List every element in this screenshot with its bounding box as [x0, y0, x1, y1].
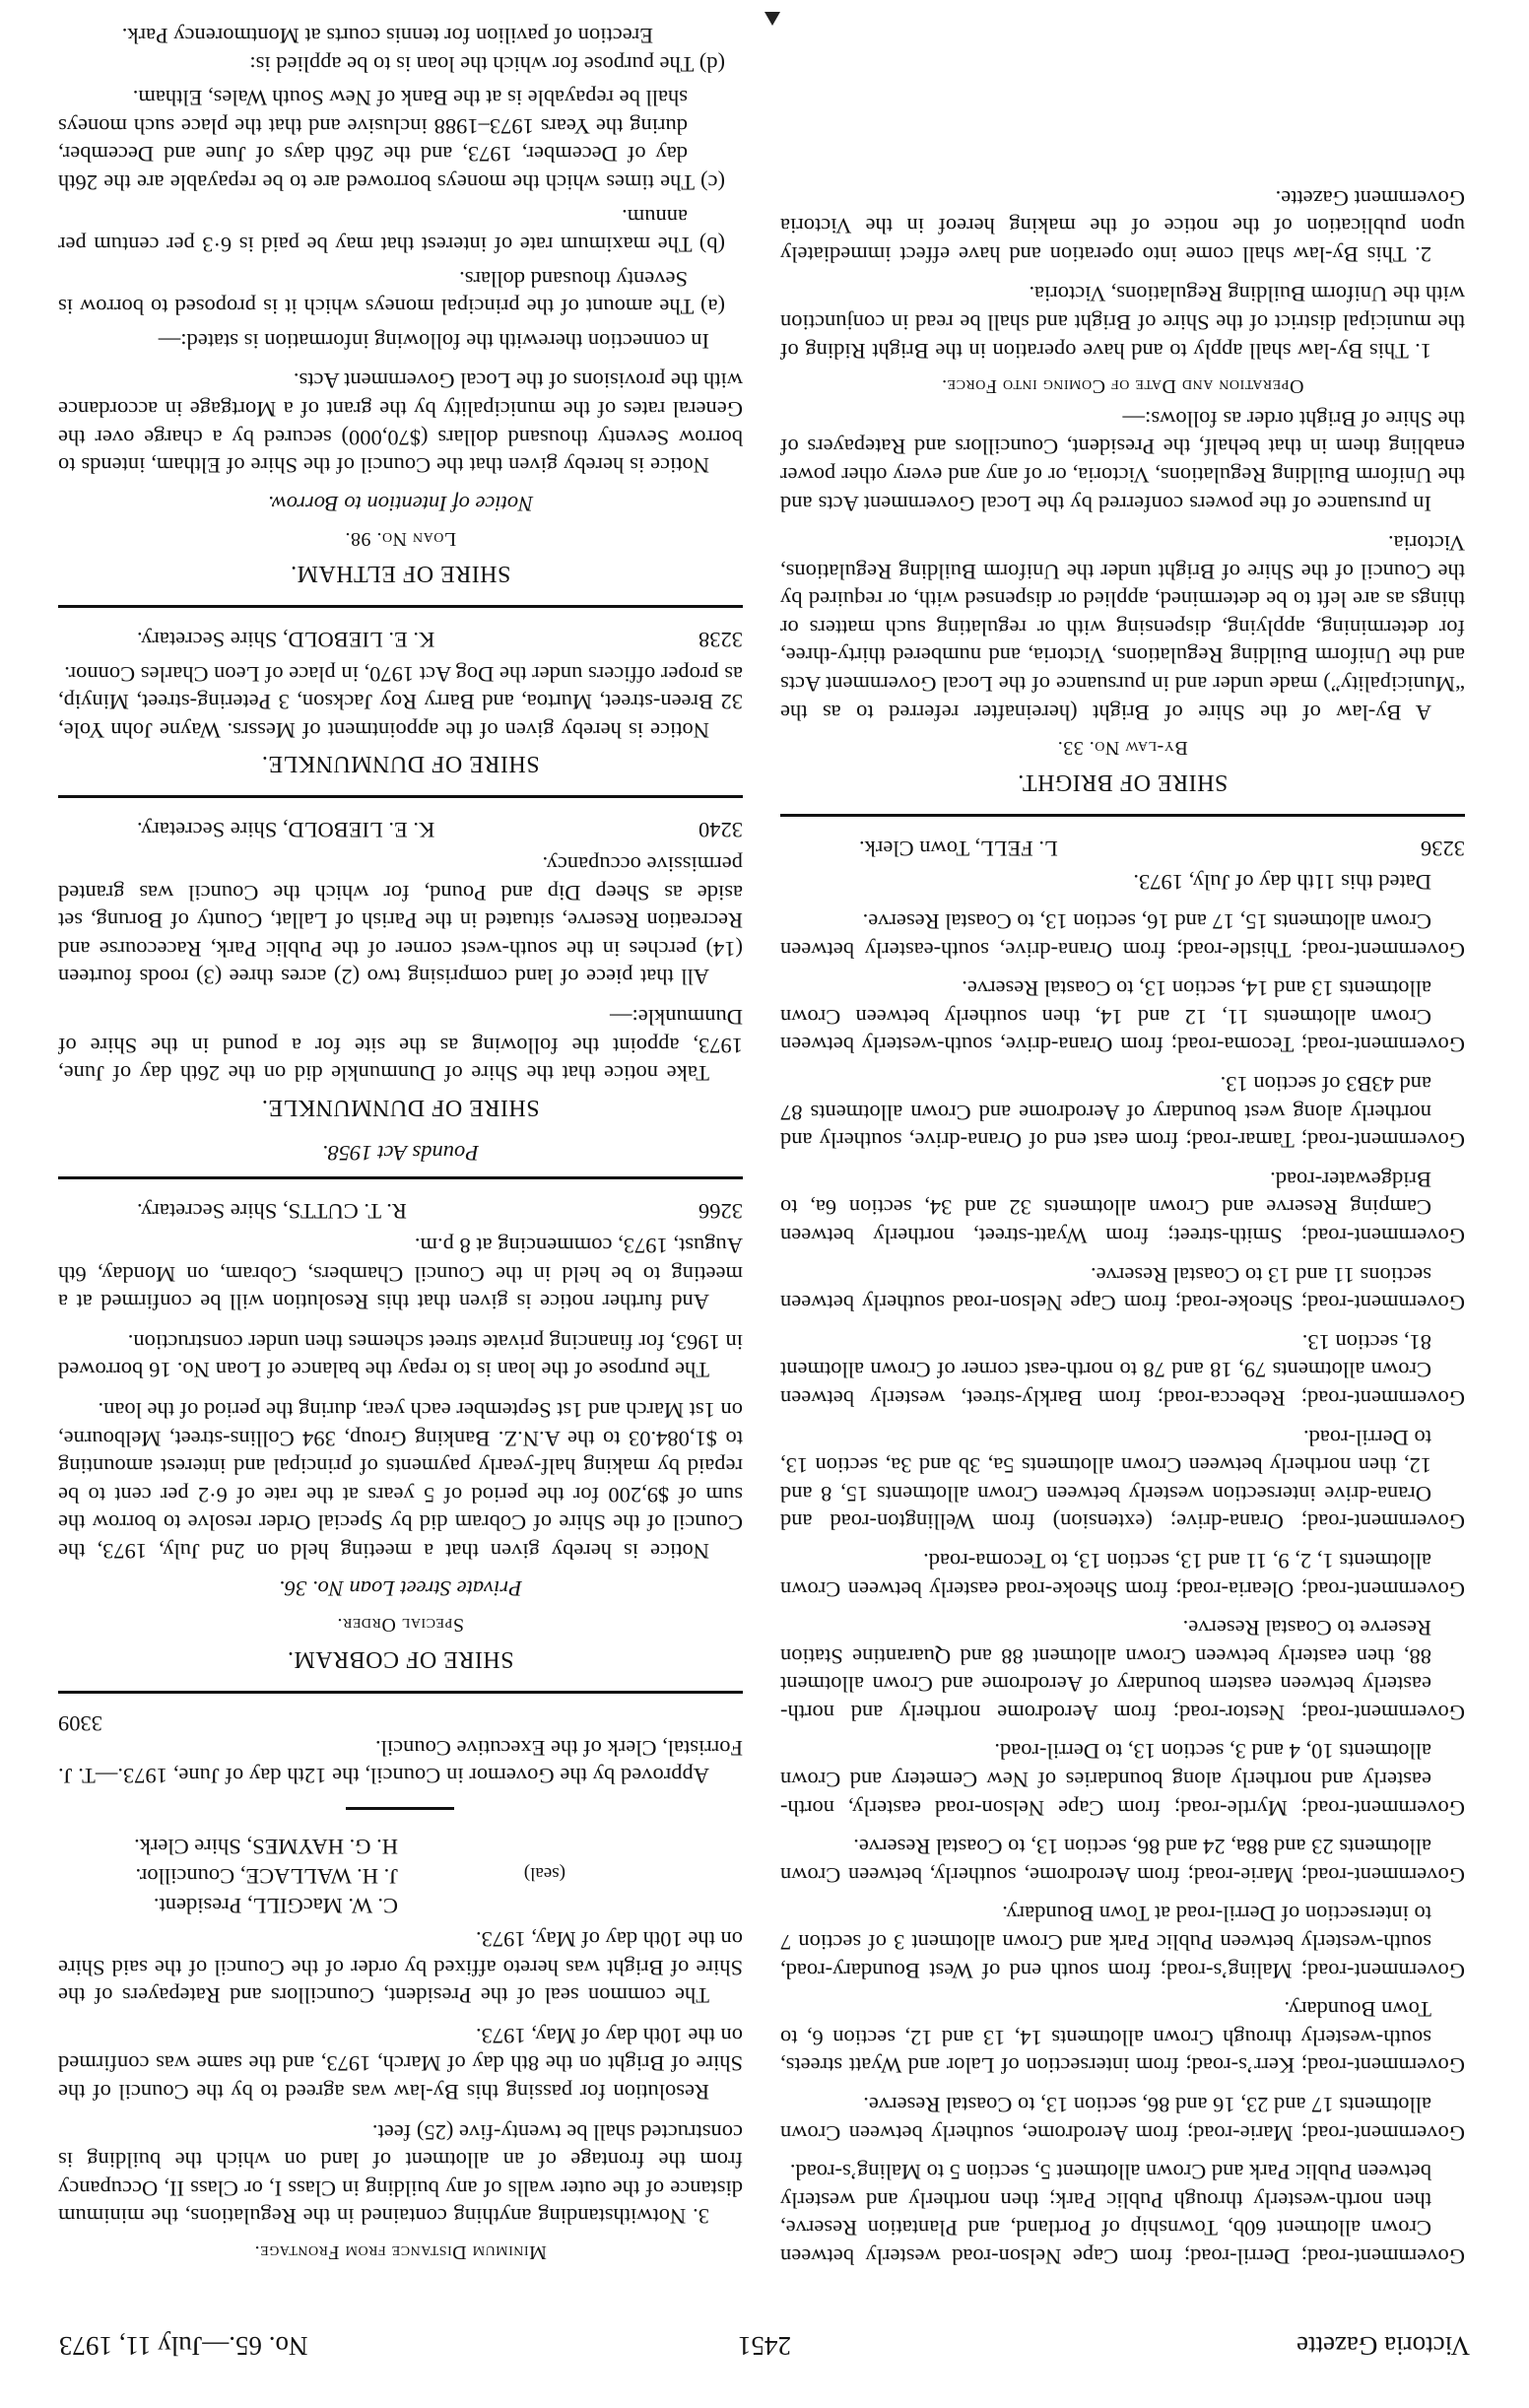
road-item: Government-road; Nestor-road; from Aerod…	[780, 1614, 1465, 1726]
signatory: J. H. WALLACE, Councillor.	[134, 1861, 398, 1891]
road-item: Government-road; Derril-road; from Cape …	[780, 2158, 1465, 2270]
signatory: K. E. LIEBOLD, Shire Secretary.	[137, 816, 434, 844]
roads-notice: Government-road; Derril-road; from Cape …	[780, 833, 1465, 2270]
clause-1: 1. This By-law shall apply to and have o…	[780, 280, 1465, 365]
shire-of-bright-continued: Minimum Distance from Frontage. 3. Notwi…	[58, 1709, 743, 2266]
clause-a: (a) The amount of the principal moneys w…	[58, 264, 743, 320]
signatory: H. G. HAYMES, Shire Clerk.	[134, 1832, 398, 1861]
notice-number: 3240	[698, 816, 743, 844]
clause-2: 2. This By-law shall come into operation…	[780, 183, 1465, 268]
left-column: Government-road; Derril-road; from Cape …	[780, 183, 1465, 2270]
pound-notice: Take notice that the Shire of Dunmunkle …	[58, 1002, 743, 1087]
bylaw-pursuance: In pursuance of the powers conferred by …	[780, 404, 1465, 516]
resolution: Resolution for passing this By-law was a…	[58, 2021, 743, 2106]
section-title: SHIRE OF DUNMUNKLE.	[58, 1093, 743, 1121]
signatory: R. T. CUTTS, Shire Secretary.	[137, 1197, 407, 1226]
road-item: Government-road; Marie-road; from Aerodr…	[780, 2090, 1465, 2146]
notice-number: 3238	[698, 625, 743, 653]
issue-date: No. 65.—July 11, 1973	[59, 2330, 308, 2361]
act-title: Pounds Act 1958.	[58, 1139, 743, 1168]
loan-purpose: Erection of pavilion for tennis courts a…	[58, 21, 743, 49]
section-divider	[58, 1176, 743, 1179]
signatories: C. W. MacGILL, President. J. H. WALLACE,…	[134, 1832, 398, 1920]
loan-title: Private Street Loan No. 36.	[58, 1574, 743, 1603]
clause-3: 3. Notwithstanding anything contained in…	[58, 2117, 743, 2230]
section-divider	[58, 605, 743, 608]
dog-officers-notice: Notice is hereby given of the appointmen…	[58, 659, 743, 744]
road-item: Government-road; Tecoma-road; from Orana…	[780, 974, 1465, 1059]
signature-row: 3238 K. E. LIEBOLD, Shire Secretary.	[58, 624, 743, 653]
section-title: SHIRE OF DUNMUNKLE.	[58, 750, 743, 778]
signatory: L. FELL, Town Clerk.	[859, 834, 1058, 862]
road-item: Government-road; Sheoke-road; from Cape …	[780, 1260, 1465, 1316]
road-item: Government-road; Tamar-road; from east e…	[780, 1069, 1465, 1154]
signature-block: (seal) C. W. MacGILL, President. J. H. W…	[58, 1826, 743, 1920]
signature-row: 3236 L. FELL, Town Clerk.	[780, 833, 1465, 862]
approval-text: Approved by the Governor in Council, the…	[58, 1733, 743, 1789]
section-divider	[58, 795, 743, 798]
pound-site: All that piece of land comprising two (2…	[58, 849, 743, 990]
notice-title: Notice of Intention to Borrow.	[58, 489, 743, 517]
road-item: Government-road; Marie-road; from Aerodr…	[780, 1833, 1465, 1889]
road-item: Government-road; Kerr’s-road; from inter…	[780, 1995, 1465, 2080]
road-item: Government-road; Myrtle-road; from Cape …	[780, 1737, 1465, 1822]
further-notice: And further notice is given that this Re…	[58, 1231, 743, 1315]
clause-d: (d) The purpose for which the loan is to…	[58, 49, 743, 78]
frontage-heading: Minimum Distance from Frontage.	[58, 2238, 743, 2266]
clause-b: (b) The maximum rate of interest that ma…	[58, 202, 743, 258]
loan-number: Loan No. 98.	[58, 525, 743, 554]
signatory: K. E. LIEBOLD, Shire Secretary.	[137, 625, 434, 653]
borrow-notice: Notice is hereby given that the Council …	[58, 367, 743, 479]
road-item: Government-road; Smith-street; from Wyat…	[780, 1165, 1465, 1249]
short-divider	[347, 1807, 455, 1810]
road-item: Government-road; Olearia-road; from Sheo…	[780, 1546, 1465, 1602]
loan-body: Notice is hereby given that a meeting he…	[58, 1395, 743, 1565]
shire-of-bright: SHIRE OF BRIGHT. By-law No. 33. A By-law…	[780, 183, 1465, 796]
bylaw-number: By-law No. 33.	[780, 734, 1465, 763]
signatory: C. W. MacGILL, President.	[134, 1891, 398, 1920]
road-item: Government-road; Rebecca-road; from Bark…	[780, 1327, 1465, 1412]
shire-of-dunmunkle-pounds: Pounds Act 1958. SHIRE OF DUNMUNKLE. Tak…	[58, 814, 743, 1167]
shire-of-cobram: SHIRE OF COBRAM. Special Order. Private …	[58, 1195, 743, 1672]
clause-c: (c) The times which the moneys borrowed …	[58, 84, 743, 196]
seal-text: The common seal of the President, Counci…	[58, 1924, 743, 2009]
section-divider	[58, 1691, 743, 1694]
signature-row: 3266 R. T. CUTTS, Shire Secretary.	[58, 1195, 743, 1225]
special-order: Special Order.	[58, 1611, 743, 1639]
scan-mark-icon	[764, 12, 780, 26]
section-title: SHIRE OF ELTHAM.	[58, 559, 743, 587]
operation-heading: Operation and Date of Coming into Force.	[780, 372, 1465, 401]
notice-number: 3266	[698, 1197, 743, 1226]
section-title: SHIRE OF BRIGHT.	[780, 768, 1465, 796]
section-divider	[780, 814, 1465, 817]
shire-of-dunmunkle-dog: SHIRE OF DUNMUNKLE. Notice is hereby giv…	[58, 624, 743, 777]
dated-line: Dated this 11th day of July, 1973.	[780, 868, 1465, 897]
road-item: Government-road; Thistle-road; from Oran…	[780, 906, 1465, 963]
seal-label: (seal)	[524, 1859, 565, 1888]
connection-text: In connection therewith the following in…	[58, 326, 743, 355]
road-item: Government-road; Orana-drive; (extension…	[780, 1423, 1465, 1535]
notice-number: 3236	[1421, 834, 1465, 862]
signature-row: 3240 K. E. LIEBOLD, Shire Secretary.	[58, 814, 743, 843]
page-header: Victoria Gazette 2451 No. 65.—July 11, 1…	[59, 2321, 1470, 2361]
road-item: Government-road; Maling’s-road; from sou…	[780, 1900, 1465, 1984]
loan-purpose: The purpose of the loan is to repay the …	[58, 1327, 743, 1383]
section-title: SHIRE OF COBRAM.	[58, 1644, 743, 1673]
bylaw-intro: A By-law of the Shire of Bright (hereina…	[780, 529, 1465, 726]
gazette-page: Victoria Gazette 2451 No. 65.—July 11, 1…	[0, 0, 1529, 2408]
right-column: Minimum Distance from Frontage. 3. Notwi…	[58, 21, 743, 2270]
shire-of-eltham: SHIRE OF ELTHAM. Loan No. 98. Notice of …	[58, 21, 743, 587]
